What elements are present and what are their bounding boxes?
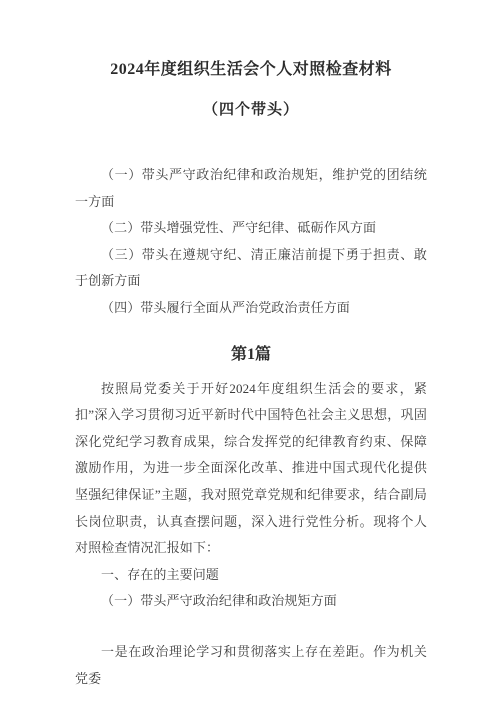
toc-item-1: （一）带头严守政治纪律和政治规矩，维护党的团结统一方面 xyxy=(75,162,427,215)
table-of-contents: （一）带头严守政治纪律和政治规矩，维护党的团结统一方面 （二）带头增强党性、严守… xyxy=(75,162,427,322)
toc-item-4: （四）带头履行全面从严治党政治责任方面 xyxy=(75,295,427,322)
part-heading: 一、存在的主要问题 xyxy=(75,562,427,589)
intro-paragraph: 按照局党委关于开好2024年度组织生活会的要求，紧扣”深入学习贯彻习近平新时代中… xyxy=(75,376,427,562)
document-subtitle: （四个带头） xyxy=(75,98,427,122)
sub-heading: （一）带头严守政治纪律和政治规矩方面 xyxy=(75,588,427,615)
section-heading: 第1篇 xyxy=(75,340,427,370)
toc-item-2: （二）带头增强党性、严守纪律、砥砺作风方面 xyxy=(75,215,427,242)
document-page: 2024年度组织生活会个人对照检查材料 （四个带头） （一）带头严守政治纪律和政… xyxy=(0,0,500,707)
toc-item-3: （三）带头在遵规守纪、清正廉洁前提下勇于担责、敢于创新方面 xyxy=(75,242,427,295)
point-paragraph: 一是在政治理论学习和贯彻落实上存在差距。作为机关党委 xyxy=(75,639,427,692)
document-title: 2024年度组织生活会个人对照检查材料 xyxy=(75,58,427,82)
